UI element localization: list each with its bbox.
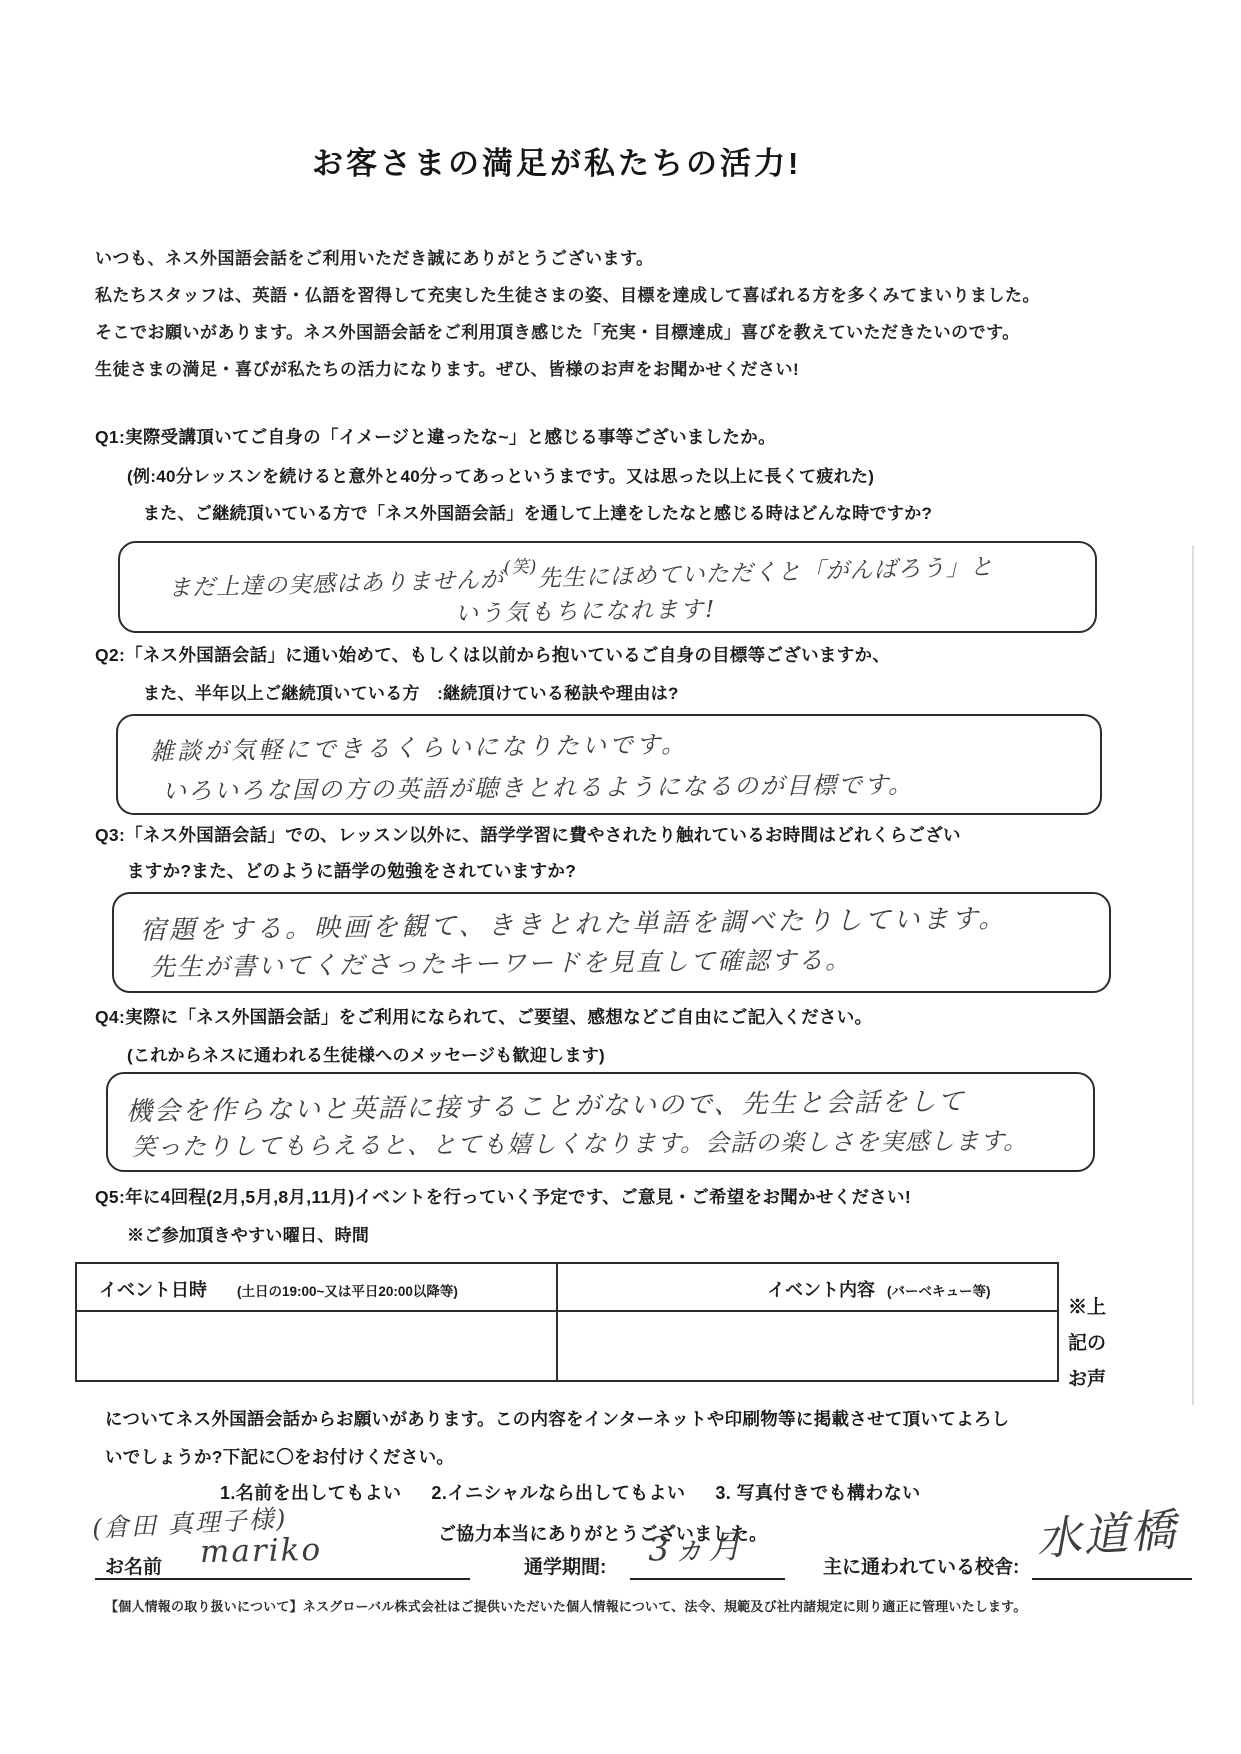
consent-options: 1.名前を出してもよい2.イニシャルなら出してもよい3. 写真付きでも構わない [220, 1479, 951, 1505]
page-title: お客さまの満足が私たちの活力! [312, 138, 801, 183]
school-label: 主に通われている校舎: [823, 1552, 1019, 1579]
side-note-line: 記の [1068, 1328, 1106, 1355]
q2-answer-box: 雑談が気軽にできるくらいになりたいです。 いろいろな国の方の英語が聴きとれるよう… [116, 714, 1102, 815]
q1-answer-box: まだ上達の実感はありませんが(笑)先生にほめていただくと「がんばろう」と いう気… [118, 541, 1097, 633]
event-content-cell [558, 1312, 1057, 1378]
q4-answer-box: 機会を作らないと英語に接することがないので、先生と会話をして 笑ったりしてもらえ… [106, 1072, 1095, 1172]
event-content-header: イベント内容 [767, 1276, 875, 1302]
q2-head: Q2:「ネス外国語会話」に通い始めて、もしくは以前から抱いているご自身の目標等ご… [95, 642, 890, 667]
q1-handwritten-insertion: (笑) [503, 552, 537, 578]
name-value-handwritten: mariko [200, 1532, 323, 1570]
privacy-footer: 【個人情報の取り扱いについて】ネスグローバル株式会社はご提供いただいた個人情報に… [105, 1596, 1027, 1615]
consent-line-1: についてネス外国語会話からお願いがあります。この内容をインターネットや印刷物等に… [105, 1406, 1009, 1431]
intro-line: いつも、ネス外国語会話をご利用いただき誠にありがとうございます。 [95, 244, 654, 269]
q3-head: Q3:「ネス外国語会話」での、レッスン以外に、語学学習に費やされたり触れているお… [95, 822, 961, 847]
q5-head: Q5:年に4回程(2月,5月,8月,11月)イベントを行っていく予定です、ご意見… [95, 1184, 911, 1209]
q1-handwritten-answer-line2: いう気もちになれます! [455, 591, 717, 629]
q2-sub: また、半年以上ご継続頂いている方 :継続頂けている秘訣や理由は? [143, 679, 679, 704]
q4-head: Q4:実際に「ネス外国語会話」をご利用になられて、ご要望、感想などご自由にご記入… [95, 1004, 872, 1029]
q3-head-line2: ますか?また、どのように語学の勉強をされていますか? [127, 858, 576, 883]
intro-line: そこでお願いがあります。ネス外国語会話をご利用頂き感じた「充実・目標達成」喜びを… [95, 318, 1020, 343]
period-label: 通学期間: [524, 1552, 606, 1579]
event-datetime-header: イベント日時 [99, 1276, 207, 1302]
event-datetime-cell [77, 1312, 556, 1378]
q3-answer-box: 宿題をする。映画を観て、ききとれた単語を調べたりしています。 先生が書いてくださ… [112, 892, 1111, 993]
q2-handwritten-answer-line2: いろいろな国の方の英語が聴きとれるようになるのが目標です。 [162, 765, 914, 807]
intro-line: 生徒さまの満足・喜びが私たちの活力になります。ぜひ、皆様のお声をお聞かせください… [95, 355, 799, 380]
q4-handwritten-answer-line1: 機会を作らないと英語に接することがないので、先生と会話をして [126, 1081, 966, 1128]
intro-line: 私たちスタッフは、英語・仏語を習得して充実した生徒さまの姿、目標を達成して喜ばれ… [95, 281, 1040, 306]
q5-sub: ※ご参加頂きやすい曜日、時間 [127, 1221, 369, 1246]
event-table: イベント日時 (土日の19:00~又は平日20:00以降等) イベント内容 (バ… [75, 1262, 1059, 1382]
q1-sub: また、ご継続頂いている方で「ネス外国語会話」を通して上達をしたなと感じる時はどん… [143, 499, 932, 524]
consent-line-2: いでしょうか?下記に〇をお付けください。 [105, 1444, 454, 1469]
side-note-line: ※上 [1068, 1292, 1106, 1319]
side-note-line: お声 [1068, 1364, 1106, 1391]
q2-handwritten-answer-line1: 雑談が気軽にできるくらいになりたいです。 [150, 724, 689, 767]
consent-option-2: 2.イニシャルなら出してもよい [431, 1483, 685, 1503]
q4-sub: (これからネスに通われる生徒様へのメッセージも歓迎します) [127, 1041, 605, 1066]
questionnaire-scan-page: お客さまの満足が私たちの活力! いつも、ネス外国語会話をご利用いただき誠にありが… [0, 0, 1241, 1754]
q3-handwritten-answer-line1: 宿題をする。映画を観て、ききとれた単語を調べたりしています。 [140, 898, 1008, 947]
event-content-header-note: (バーベキュー等) [887, 1280, 991, 1300]
q1-example: (例:40分レッスンを続けると意外と40分ってあっというまです。又は思った以上に… [127, 462, 874, 487]
period-value-handwritten: 3ヵ月 [647, 1520, 745, 1570]
scan-artifact-line [1192, 545, 1194, 1405]
event-datetime-header-note: (土日の19:00~又は平日20:00以降等) [237, 1280, 458, 1300]
school-value-handwritten: 水道橋 [1034, 1493, 1179, 1568]
q3-handwritten-answer-line2: 先生が書いてくださったキーワードを見直して確認する。 [150, 940, 852, 983]
consent-option-3: 3. 写真付きでも構わない [715, 1483, 920, 1503]
q1-head: Q1:実際受講頂いてご自身の「イメージと違ったな~」と感じる事等ございましたか。 [95, 424, 776, 449]
q4-handwritten-answer-line2: 笑ったりしてもらえると、とても嬉しくなります。会話の楽しさを実感します。 [132, 1121, 1028, 1162]
